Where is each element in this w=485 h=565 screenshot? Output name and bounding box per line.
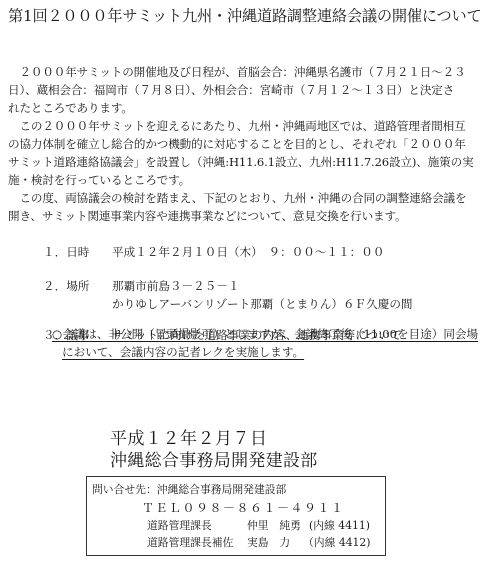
- notice-line-1: ○会議は、非公開（冒頭撮影可）としますが、会議終了後（11:00を目途）同会場: [52, 325, 478, 343]
- contact-heading: 問い合せ先：沖縄総合事務局開発建設部: [92, 482, 286, 497]
- paragraph-3-line-2: 開き、サミット関連事業内容や連携事業などについて、意見交換を行います。: [8, 207, 406, 225]
- document-title: 第1回２０００年サミット九州・沖縄道路調整連絡会議の開催について: [8, 5, 481, 26]
- paragraph-3-line-1: この度、両協議会の検討を踏まえ、下記のとおり、九州・沖縄の合同の調整連絡会議を: [8, 189, 466, 207]
- paragraph-2-line-4: 施・検討を行っているところです。: [8, 171, 190, 189]
- contact-person-1-role: 道路管理課長: [147, 518, 212, 533]
- paragraph-1-line-1: ２０００年サミットの開催地及び日程が、首脳会合：沖縄県名護市（７月２１日～２３: [8, 63, 466, 81]
- item-location-venue: かりゆしアーバンリゾート那覇（とまりん）６Ｆ久慶の間: [112, 296, 413, 312]
- paragraph-1-line-2: 日）、蔵相会合：福岡市（７月８日）、外相会合：宮崎市（７月１２～１３日）と決定さ: [8, 81, 454, 99]
- item-datetime-label: １．日時: [43, 244, 89, 260]
- contact-person-2-role: 道路管理課長補佐: [147, 535, 233, 550]
- contact-person-1-ext: (内線 4411): [309, 518, 370, 533]
- contact-tel: ＴＥＬ０９８－８６１－４９１１: [142, 499, 345, 516]
- contact-person-1-name: 仲里 純勇: [247, 518, 301, 533]
- paragraph-2-line-1: この２０００年サミットを迎えるにあたり、九州・沖縄両地区では、道路管理者間相互: [8, 117, 466, 135]
- contact-person-2-name: 実島 力: [247, 535, 290, 550]
- item-datetime-value: 平成１２年２月１０日（木） ９：００～１１：００: [112, 244, 384, 260]
- notice-text-1: ○会議は、非公開（冒頭撮影可）としますが、会議終了後（11:00を目途）同会場: [52, 327, 478, 341]
- paragraph-2-line-3: サミット道路連絡協議会」を設置し（沖縄:H11.6.1設立、九州:H11.7.2…: [8, 153, 474, 171]
- paragraph-1-line-3: れたところであります。: [8, 99, 133, 117]
- paragraph-2-line-2: の協力体制を確立し総合的かつ機動的に対応することを目的とし、それぞれ「２０００年: [8, 135, 466, 153]
- item-location-label: ２．場所: [43, 278, 89, 294]
- issuer-organization: 沖縄総合事務局開発建設部: [110, 446, 318, 471]
- contact-box: 問い合せ先：沖縄総合事務局開発建設部 ＴＥＬ０９８－８６１－４９１１ 道路管理課…: [86, 476, 386, 556]
- contact-person-2-ext: （内線 4412): [303, 535, 371, 550]
- item-location-address: 那覇市前島３－２５－１: [112, 278, 240, 294]
- notice-line-2: において、会議内容の記者レクを実施します。: [62, 343, 304, 361]
- notice-text-2: において、会議内容の記者レクを実施します。: [62, 345, 304, 359]
